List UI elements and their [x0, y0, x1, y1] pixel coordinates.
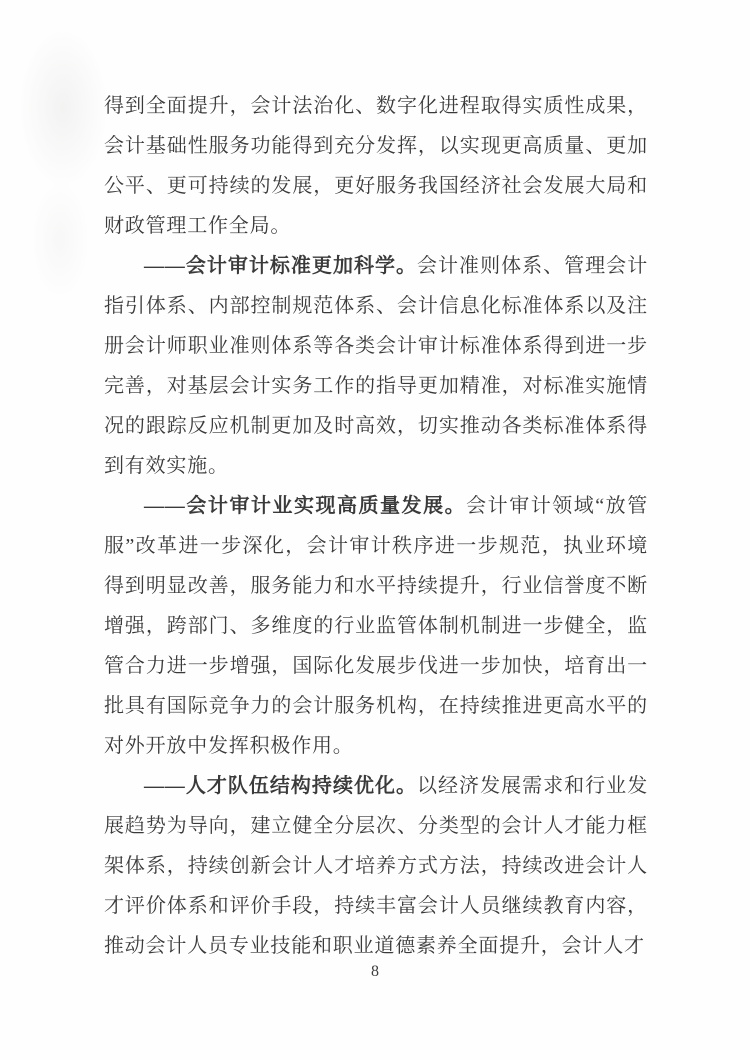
paragraph: ——会计审计标准更加科学。会计准则体系、管理会计指引体系、内部控制规范体系、会计…	[104, 246, 648, 486]
paragraph-lead: ——会计审计业实现高质量发展。	[144, 495, 466, 517]
page-number: 8	[0, 963, 750, 981]
document-body: 得到全面提升，会计法治化、数字化进程取得实质性成果，会计基础性服务功能得到充分发…	[104, 86, 648, 966]
paragraph: 得到全面提升，会计法治化、数字化进程取得实质性成果，会计基础性服务功能得到充分发…	[104, 86, 648, 246]
paragraph-text: 以经济发展需求和行业发展趋势为导向，建立健全分层次、分类型的会计人才能力框架体系…	[104, 775, 648, 957]
document-page: 得到全面提升，会计法治化、数字化进程取得实质性成果，会计基础性服务功能得到充分发…	[0, 0, 750, 1060]
paragraph: ——人才队伍结构持续优化。以经济发展需求和行业发展趋势为导向，建立健全分层次、分…	[104, 766, 648, 966]
scan-smudge	[30, 180, 90, 300]
paragraph: ——会计审计业实现高质量发展。会计审计领域“放管服”改革进一步深化，会计审计秩序…	[104, 486, 648, 766]
paragraph-text: 得到全面提升，会计法治化、数字化进程取得实质性成果，会计基础性服务功能得到充分发…	[104, 95, 648, 237]
paragraph-text: 会计准则体系、管理会计指引体系、内部控制规范体系、会计信息化标准体系以及注册会计…	[104, 255, 648, 477]
paragraph-lead: ——会计审计标准更加科学。	[144, 255, 417, 277]
paragraph-text: 会计审计领域“放管服”改革进一步深化，会计审计秩序进一步规范，执业环境得到明显改…	[104, 495, 648, 757]
scan-smudge	[18, 28, 108, 188]
paragraph-lead: ——人才队伍结构持续优化。	[144, 775, 417, 797]
